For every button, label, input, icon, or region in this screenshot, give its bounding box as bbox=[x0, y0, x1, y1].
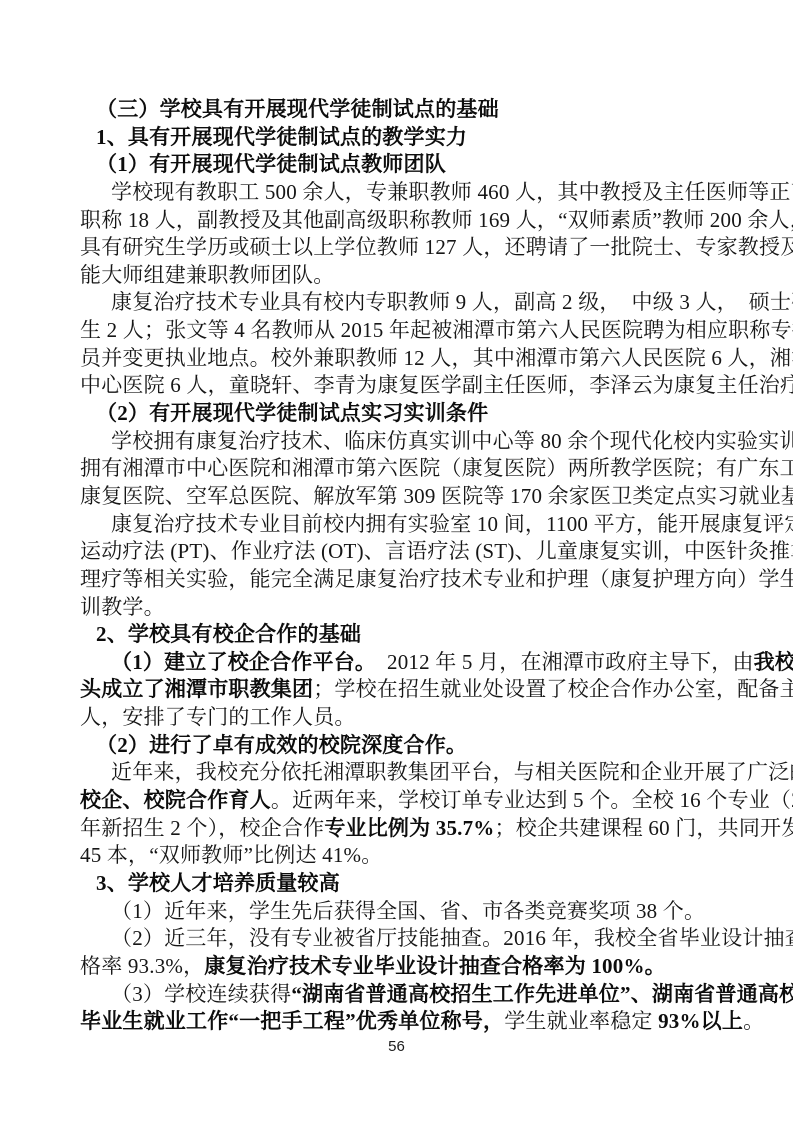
text-segment: 康复治疗技术专业毕业设计抽查合格率为 100%。 bbox=[204, 954, 666, 978]
text-segment: 康复医院、空军总医院、解放军第 309 医院等 170 余家医卫类定点实习就业基… bbox=[80, 484, 793, 508]
text-line: 康复治疗技术专业目前校内拥有实验室 10 间，1100 平方，能开展康复评定、 bbox=[80, 511, 742, 539]
text-segment: 中心医院 6 人，童晓轩、李青为康复医学副主任医师，李泽云为康复主任治疗师。 bbox=[80, 373, 793, 397]
text-segment: 45 本，“双师教师”比例达 41%。 bbox=[80, 843, 382, 867]
text-segment: 拥有湘潭市中心医院和湘潭市第六医院（康复医院）两所教学医院；有广东工伤 bbox=[80, 456, 793, 480]
text-line: （1）建立了校企合作平台。 2012 年 5 月，在湘潭市政府主导下，由我校牵 bbox=[80, 649, 742, 677]
text-segment: 康复治疗技术专业具有校内专职教师 9 人，副高 2 级， 中级 3 人， 硕士研… bbox=[111, 290, 793, 314]
text-segment: ；学校在招生就业处设置了校企合作办公室，配备主任 1 bbox=[313, 677, 793, 701]
text-line: 学校现有教职工 500 余人，专兼职教师 460 人，其中教授及主任医师等正高 bbox=[80, 179, 742, 207]
text-segment: 我校牵 bbox=[754, 650, 793, 674]
text-line: 人，安排了专门的工作人员。 bbox=[80, 704, 742, 732]
text-line: 拥有湘潭市中心医院和湘潭市第六医院（康复医院）两所教学医院；有广东工伤 bbox=[80, 455, 742, 483]
text-segment: 人，安排了专门的工作人员。 bbox=[80, 705, 356, 729]
text-segment: （2）有开展现代学徒制试点实习实训条件 bbox=[96, 401, 488, 425]
text-line: （2）近三年，没有专业被省厅技能抽查。2016 年，我校全省毕业设计抽查合 bbox=[80, 925, 742, 953]
text-segment: 1、具有开展现代学徒制试点的教学实力 bbox=[96, 125, 467, 149]
text-segment: 毕业生就业工作“一把手工程”优秀单位称号， bbox=[80, 1009, 504, 1033]
text-line: 康复治疗技术专业具有校内专职教师 9 人，副高 2 级， 中级 3 人， 硕士研… bbox=[80, 289, 742, 317]
text-segment: 格率 93.3%， bbox=[80, 954, 204, 978]
text-line: 康复医院、空军总医院、解放军第 309 医院等 170 余家医卫类定点实习就业基… bbox=[80, 483, 742, 511]
text-segment: 2、学校具有校企合作的基础 bbox=[96, 622, 361, 646]
text-line: 校企、校院合作育人。近两年来，学校订单专业达到 5 个。全校 16 个专业（20… bbox=[80, 787, 742, 815]
text-segment: （2）进行了卓有成效的校院深度合作。 bbox=[96, 733, 467, 757]
text-segment: 。近两年来，学校订单专业达到 5 个。全校 16 个专业（2018 bbox=[271, 788, 793, 812]
heading-line: （2）有开展现代学徒制试点实习实训条件 bbox=[80, 400, 742, 428]
heading-line: （1）有开展现代学徒制试点教师团队 bbox=[80, 151, 742, 179]
heading-line: 3、学校人才培养质量较高 bbox=[80, 870, 742, 898]
heading-line: （2）进行了卓有成效的校院深度合作。 bbox=[80, 732, 742, 760]
text-line: （1）近年来，学生先后获得全国、省、市各类竞赛奖项 38 个。 bbox=[80, 898, 742, 926]
text-segment: 。 bbox=[743, 1009, 764, 1033]
text-line: 45 本，“双师教师”比例达 41%。 bbox=[80, 842, 742, 870]
heading-line: （三）学校具有开展现代学徒制试点的基础 bbox=[80, 96, 742, 124]
text-line: 近年来，我校充分依托湘潭职教集团平台，与相关医院和企业开展了广泛的 bbox=[80, 759, 742, 787]
text-line: 毕业生就业工作“一把手工程”优秀单位称号，学生就业率稳定 93%以上。 bbox=[80, 1008, 742, 1036]
text-line: 学校拥有康复治疗技术、临床仿真实训中心等 80 余个现代化校内实验实训室； bbox=[80, 428, 742, 456]
text-segment: （1）建立了校企合作平台。 bbox=[111, 650, 376, 674]
text-segment: （1）近年来，学生先后获得全国、省、市各类竞赛奖项 38 个。 bbox=[111, 899, 705, 923]
text-line: 理疗等相关实验，能完全满足康复治疗技术专业和护理（康复护理方向）学生实 bbox=[80, 566, 742, 594]
document-body: （三）学校具有开展现代学徒制试点的基础1、具有开展现代学徒制试点的教学实力（1）… bbox=[80, 96, 742, 1036]
text-segment: （1）有开展现代学徒制试点教师团队 bbox=[96, 152, 446, 176]
text-segment: 年新招生 2 个），校企合作 bbox=[80, 816, 324, 840]
text-segment: 93%以上 bbox=[658, 1009, 743, 1033]
heading-line: 1、具有开展现代学徒制试点的教学实力 bbox=[80, 124, 742, 152]
text-segment: 理疗等相关实验，能完全满足康复治疗技术专业和护理（康复护理方向）学生实 bbox=[80, 567, 793, 591]
text-segment: （3）学校连续获得 bbox=[111, 982, 291, 1006]
text-segment: （2）近三年，没有专业被省厅技能抽查。2016 年，我校全省毕业设计抽查合 bbox=[111, 926, 793, 950]
text-segment: 康复治疗技术专业目前校内拥有实验室 10 间，1100 平方，能开展康复评定、 bbox=[111, 512, 793, 536]
text-segment: 2012 年 5 月，在湘潭市政府主导下，由 bbox=[376, 650, 754, 674]
text-segment: 员并变更执业地点。校外兼职教师 12 人，其中湘潭市第六人民医院 6 人，湘潭市 bbox=[80, 346, 793, 370]
page-number: 56 bbox=[0, 1036, 793, 1058]
text-line: 员并变更执业地点。校外兼职教师 12 人，其中湘潭市第六人民医院 6 人，湘潭市 bbox=[80, 345, 742, 373]
text-line: 年新招生 2 个），校企合作专业比例为 35.7%；校企共建课程 60 门，共同… bbox=[80, 815, 742, 843]
text-line: 具有研究生学历或硕士以上学位教师 127 人，还聘请了一批院士、专家教授及技 bbox=[80, 234, 742, 262]
text-segment: 3、学校人才培养质量较高 bbox=[96, 871, 340, 895]
text-line: 能大师组建兼职教师团队。 bbox=[80, 262, 742, 290]
text-segment: 具有研究生学历或硕士以上学位教师 127 人，还聘请了一批院士、专家教授及技 bbox=[80, 235, 793, 259]
text-segment: 学生就业率稳定 bbox=[504, 1009, 658, 1033]
text-segment: （三）学校具有开展现代学徒制试点的基础 bbox=[96, 97, 499, 121]
text-segment: 职称 18 人，副教授及其他副高级职称教师 169 人，“双师素质”教师 200… bbox=[80, 208, 793, 232]
text-line: 中心医院 6 人，童晓轩、李青为康复医学副主任医师，李泽云为康复主任治疗师。 bbox=[80, 372, 742, 400]
text-segment: 学校现有教职工 500 余人，专兼职教师 460 人，其中教授及主任医师等正高 bbox=[111, 180, 793, 204]
text-segment: 头成立了湘潭市职教集团 bbox=[80, 677, 313, 701]
text-line: 格率 93.3%，康复治疗技术专业毕业设计抽查合格率为 100%。 bbox=[80, 953, 742, 981]
text-line: 训教学。 bbox=[80, 594, 742, 622]
heading-line: 2、学校具有校企合作的基础 bbox=[80, 621, 742, 649]
text-segment: 近年来，我校充分依托湘潭职教集团平台，与相关医院和企业开展了广泛的 bbox=[111, 760, 793, 784]
text-segment: 能大师组建兼职教师团队。 bbox=[80, 263, 334, 287]
text-segment: ；校企共建课程 60 门，共同开发教材 bbox=[495, 816, 793, 840]
text-segment: 学校拥有康复治疗技术、临床仿真实训中心等 80 余个现代化校内实验实训室； bbox=[111, 429, 793, 453]
text-line: 头成立了湘潭市职教集团；学校在招生就业处设置了校企合作办公室，配备主任 1 bbox=[80, 676, 742, 704]
text-segment: “湖南省普通高校招生工作先进单位”、湖南省普通高校 bbox=[291, 982, 793, 1006]
text-line: 生 2 人；张文等 4 名教师从 2015 年起被湘潭市第六人民医院聘为相应职称… bbox=[80, 317, 742, 345]
text-segment: 专业比例为 35.7% bbox=[324, 816, 494, 840]
text-segment: 生 2 人；张文等 4 名教师从 2015 年起被湘潭市第六人民医院聘为相应职称… bbox=[80, 318, 793, 342]
text-segment: 校企、校院合作育人 bbox=[80, 788, 271, 812]
text-line: （3）学校连续获得“湖南省普通高校招生工作先进单位”、湖南省普通高校 bbox=[80, 981, 742, 1009]
text-segment: 训教学。 bbox=[80, 595, 165, 619]
text-line: 运动疗法 (PT)、作业疗法 (OT)、言语疗法 (ST)、儿童康复实训，中医针… bbox=[80, 538, 742, 566]
text-segment: 运动疗法 (PT)、作业疗法 (OT)、言语疗法 (ST)、儿童康复实训，中医针… bbox=[80, 539, 793, 563]
text-line: 职称 18 人，副教授及其他副高级职称教师 169 人，“双师素质”教师 200… bbox=[80, 207, 742, 235]
document-page: （三）学校具有开展现代学徒制试点的基础1、具有开展现代学徒制试点的教学实力（1）… bbox=[0, 0, 793, 1122]
